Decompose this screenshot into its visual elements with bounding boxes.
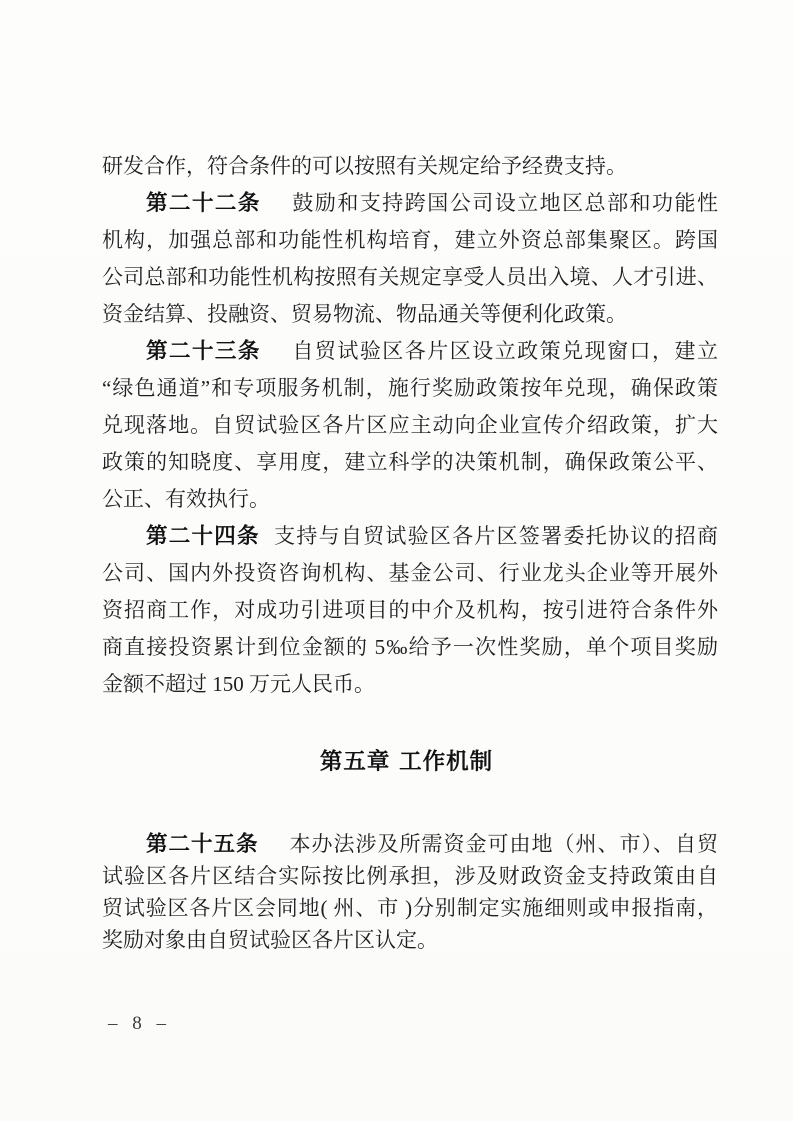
document-line: 公正、有效执行。 bbox=[102, 481, 718, 518]
document-line: 研发合作，符合条件的可以按照有关规定给予经费支持。 bbox=[102, 148, 718, 185]
document-line: 机构，加强总部和功能性机构培育，建立外资总部集聚区。跨国 bbox=[102, 222, 718, 259]
chapter-heading: 第五章 工作机制 bbox=[0, 744, 793, 781]
document-line: 资招商工作，对成功引进项目的中介及机构，按引进符合条件外 bbox=[102, 592, 718, 629]
article-number: 第二十四条 bbox=[146, 524, 260, 549]
document-line: 贸试验区各片区会同地( 州、市 )分别制定实施细则或申报指南， bbox=[102, 892, 718, 924]
document-line: 兑现落地。自贸试验区各片区应主动向企业宣传介绍政策，扩大 bbox=[102, 407, 718, 444]
document-line: 第二十五条本办法涉及所需资金可由地（州、市）、自贸 bbox=[102, 828, 718, 860]
document-line: 资金结算、投融资、贸易物流、物品通关等便利化政策。 bbox=[102, 296, 718, 333]
article-number: 第二十二条 bbox=[146, 191, 261, 216]
articles-22-24-block: 研发合作，符合条件的可以按照有关规定给予经费支持。第二十二条鼓励和支持跨国公司设… bbox=[102, 148, 718, 703]
page-number: – 8 – bbox=[108, 1013, 171, 1035]
document-line: 奖励对象由自贸试验区各片区认定。 bbox=[102, 924, 718, 956]
article-number: 第二十三条 bbox=[146, 339, 261, 364]
document-line: 试验区各片区结合实际按比例承担，涉及财政资金支持政策由自 bbox=[102, 860, 718, 892]
document-line: 公司、国内外投资咨询机构、基金公司、行业龙头企业等开展外 bbox=[102, 555, 718, 592]
document-page: 研发合作，符合条件的可以按照有关规定给予经费支持。第二十二条鼓励和支持跨国公司设… bbox=[0, 0, 793, 1121]
document-line: 第二十四条支持与自贸试验区各片区签署委托协议的招商 bbox=[102, 518, 718, 555]
article-25-block: 第二十五条本办法涉及所需资金可由地（州、市）、自贸试验区各片区结合实际按比例承担… bbox=[102, 828, 718, 956]
document-line: “绿色通道”和专项服务机制，施行奖励政策按年兑现，确保政策 bbox=[102, 370, 718, 407]
document-line: 金额不超过 150 万元人民币。 bbox=[102, 666, 718, 703]
document-line: 商直接投资累计到位金额的 5‰给予一次性奖励，单个项目奖励 bbox=[102, 629, 718, 666]
article-number: 第二十五条 bbox=[146, 832, 259, 857]
document-line: 公司总部和功能性机构按照有关规定享受人员出入境、人才引进、 bbox=[102, 259, 718, 296]
document-line: 政策的知晓度、享用度，建立科学的决策机制，确保政策公平、 bbox=[102, 444, 718, 481]
document-line: 第二十二条鼓励和支持跨国公司设立地区总部和功能性 bbox=[102, 185, 718, 222]
document-line: 第二十三条自贸试验区各片区设立政策兑现窗口，建立 bbox=[102, 333, 718, 370]
